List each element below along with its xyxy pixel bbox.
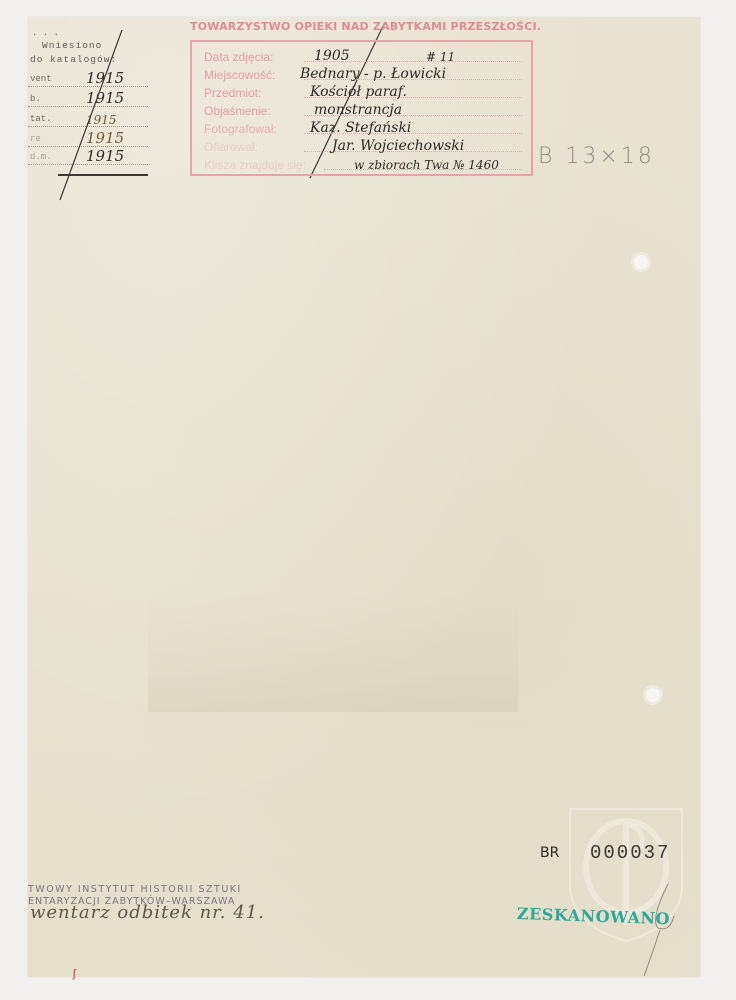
- stamp-field-date: Data zdjęcia: 1905 # 11: [204, 48, 522, 64]
- stamp-field-donor: Ofiarował: Jar. Wojciechowski: [204, 138, 522, 154]
- stamp-value: 1905: [314, 48, 350, 64]
- stamp-value: Kościół paraf.: [310, 84, 407, 100]
- stamp-label: Miejscowość:: [204, 68, 275, 82]
- photo-mount-shadow: [148, 590, 518, 712]
- stamp-value: w zbiorach Twa № 1460: [354, 158, 499, 172]
- punch-hole-bottom: [646, 688, 660, 702]
- stamp-label: Klisza znajduje się:: [204, 158, 306, 172]
- stamp-title: TOWARZYSTWO OPIEKI NAD ZABYTKAMI PRZESZŁ…: [190, 20, 535, 33]
- stamp-field-photographer: Fotografował: Kaz. Stefański: [204, 120, 522, 136]
- pencil-size-note: B 13×18: [538, 144, 655, 169]
- stamp-label: Objaśnienie:: [204, 104, 271, 118]
- stamp-box: Data zdjęcia: 1905 # 11 Miejscowość: Bed…: [190, 40, 533, 176]
- inventory-handwritten: wentarz odbitek nr. 41.: [30, 902, 265, 923]
- stamp-label: Przedmiot:: [204, 86, 261, 100]
- stamp-field-place: Miejscowość: Bednary - p. Łowicki: [204, 66, 522, 82]
- stamp-field-description: Objaśnienie: monstrancja: [204, 102, 522, 118]
- stamp-value: Jar. Wojciechowski: [332, 138, 464, 154]
- red-mark: ʃ: [73, 968, 75, 980]
- stamp-value: Kaz. Stefański: [310, 120, 411, 136]
- stamp-extra: # 11: [426, 50, 455, 64]
- stamp-label: Data zdjęcia:: [204, 50, 273, 64]
- inventory-prefix: BR: [540, 845, 559, 861]
- stamp-value: Bednary - p. Łowicki: [300, 66, 446, 82]
- inventory-number: 000037: [590, 842, 670, 864]
- stamp-value: monstrancja: [314, 102, 402, 118]
- stamp-label: Ofiarował:: [204, 140, 258, 154]
- stamp-label: Fotografował:: [204, 122, 277, 136]
- stamp-field-negative: Klisza znajduje się: w zbiorach Twa № 14…: [204, 156, 522, 172]
- pencil-signature: [640, 880, 680, 980]
- institute-stamp-line1: TWOWY INSTYTUT HISTORII SZTUKI: [28, 884, 242, 895]
- stamp-field-subject: Przedmiot: Kościół paraf.: [204, 84, 522, 100]
